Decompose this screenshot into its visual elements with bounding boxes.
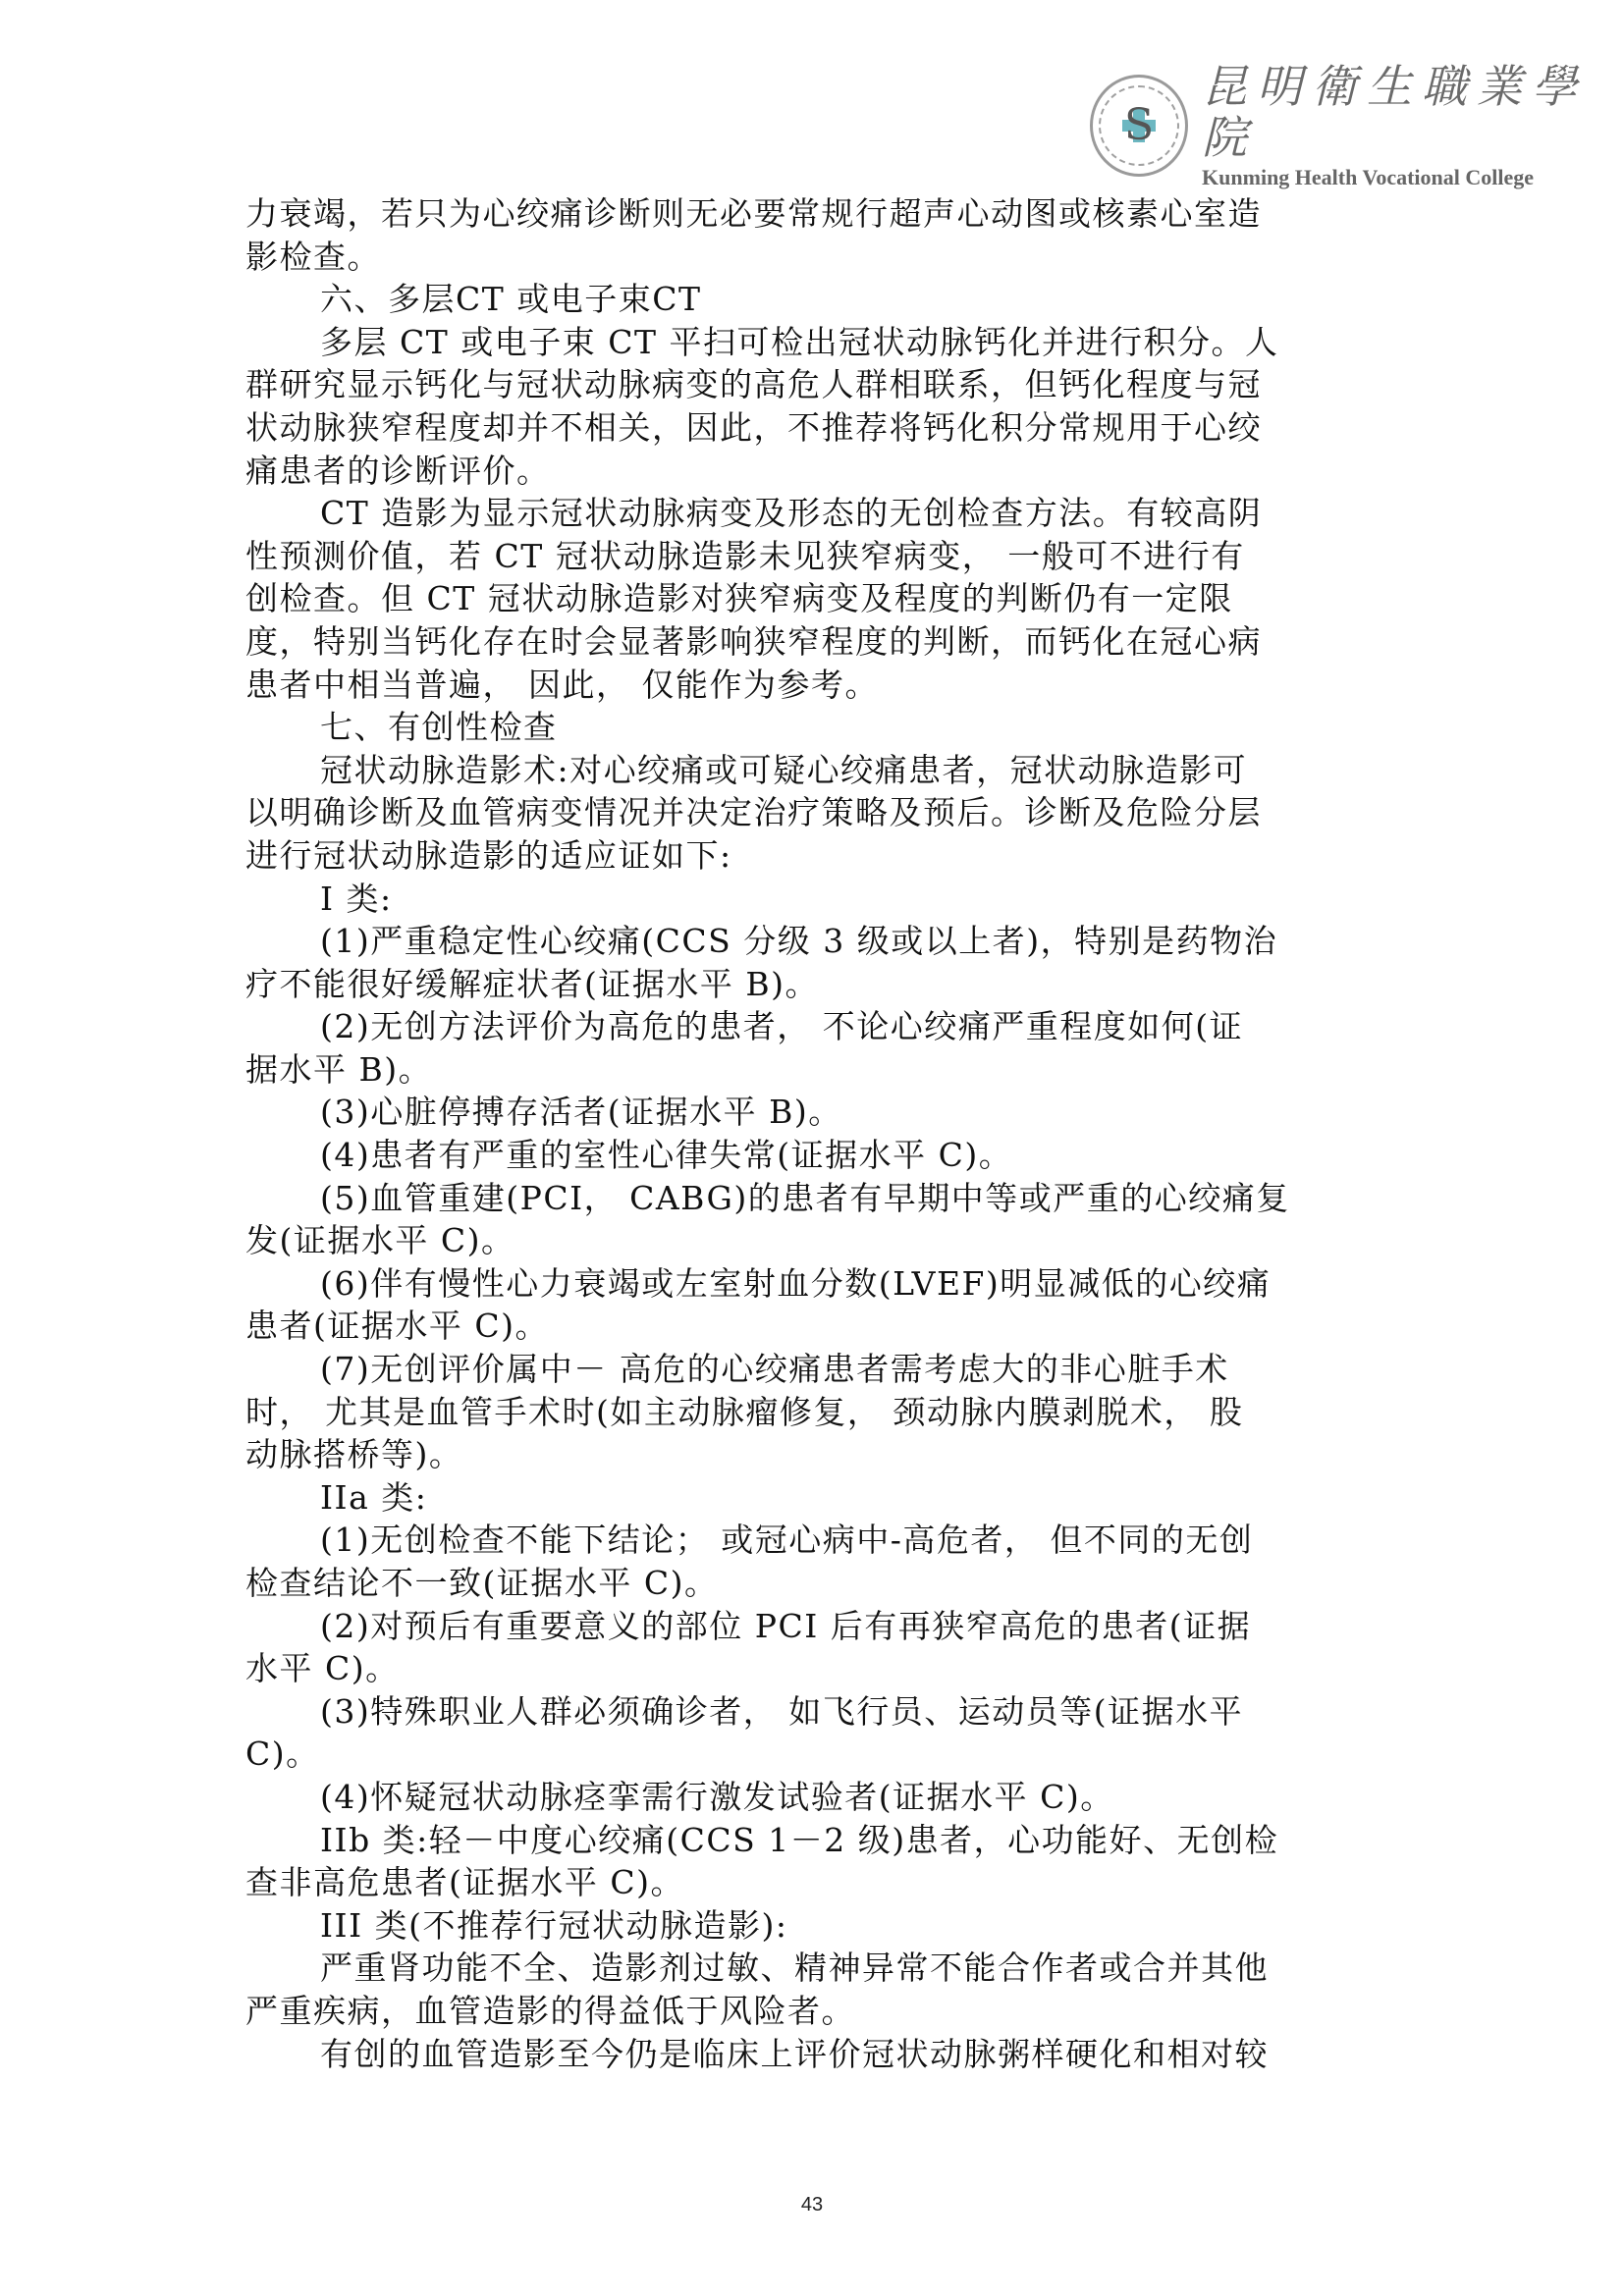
text-line: (3)特殊职业人群必须确诊者， 如飞行员、运动员等(证据水平 <box>245 1690 1365 1734</box>
text-line: 冠状动脉造影术:对心绞痛或可疑心绞痛患者，冠状动脉造影可 <box>245 749 1365 792</box>
text-line: IIa 类: <box>245 1476 1365 1520</box>
text-line: 性预测价值，若 CT 冠状动脉造影未见狭窄病变， 一般可不进行有 <box>245 535 1365 578</box>
text-line: (1)无创检查不能下结论； 或冠心病中-高危者， 但不同的无创 <box>245 1519 1365 1562</box>
text-line: 多层 CT 或电子束 CT 平扫可检出冠状动脉钙化并进行积分。人 <box>245 321 1365 364</box>
text-line: 六、多层CT 或电子束CT <box>245 278 1365 321</box>
text-line: 严重疾病，血管造影的得益低于风险者。 <box>245 1990 1365 2033</box>
text-line: 据水平 B)。 <box>245 1048 1365 1092</box>
text-line: 发(证据水平 C)。 <box>245 1219 1365 1262</box>
text-line: 患者中相当普遍， 因此， 仅能作为参考。 <box>245 664 1365 707</box>
college-seal-icon: S <box>1090 75 1188 177</box>
text-line: 查非高危患者(证据水平 C)。 <box>245 1861 1365 1904</box>
text-line: 影检查。 <box>245 236 1365 279</box>
text-line: 时， 尤其是血管手术时(如主动脉瘤修复， 颈动脉内膜剥脱术， 股 <box>245 1391 1365 1434</box>
text-line: (3)心脏停搏存活者(证据水平 B)。 <box>245 1091 1365 1134</box>
text-line: 七、有创性检查 <box>245 706 1365 749</box>
text-line: 患者(证据水平 C)。 <box>245 1305 1365 1348</box>
text-line: (4)怀疑冠状动脉痉挛需行激发试验者(证据水平 C)。 <box>245 1776 1365 1819</box>
text-line: 严重肾功能不全、造影剂过敏、精神异常不能合作者或合并其他 <box>245 1947 1365 1990</box>
college-name-cn: 昆明衛生職業學院 <box>1202 61 1624 163</box>
document-body: 力衰竭，若只为心绞痛诊断则无必要常规行超声心动图或核素心室造影检查。六、多层CT… <box>245 192 1365 2075</box>
text-line: 水平 C)。 <box>245 1647 1365 1690</box>
text-line: 痛患者的诊断评价。 <box>245 450 1365 493</box>
text-line: I 类: <box>245 878 1365 921</box>
text-line: 以明确诊断及血管病变情况并决定治疗策略及预后。诊断及危险分层 <box>245 791 1365 834</box>
text-line: C)。 <box>245 1733 1365 1776</box>
text-line: 疗不能很好缓解症状者(证据水平 B)。 <box>245 963 1365 1006</box>
text-line: (2)对预后有重要意义的部位 PCI 后有再狭窄高危的患者(证据 <box>245 1605 1365 1648</box>
text-line: III 类(不推荐行冠状动脉造影): <box>245 1904 1365 1948</box>
text-line: 检查结论不一致(证据水平 C)。 <box>245 1562 1365 1605</box>
text-line: (6)伴有慢性心力衰竭或左室射血分数(LVEF)明显减低的心绞痛 <box>245 1262 1365 1306</box>
text-line: 度，特别当钙化存在时会显著影响狭窄程度的判断，而钙化在冠心病 <box>245 620 1365 664</box>
text-line: 动脉搭桥等)。 <box>245 1433 1365 1476</box>
text-line: (7)无创评价属中－ 高危的心绞痛患者需考虑大的非心脏手术 <box>245 1348 1365 1391</box>
text-line: (5)血管重建(PCI， CABG)的患者有早期中等或严重的心绞痛复 <box>245 1177 1365 1220</box>
college-name-en: Kunming Health Vocational College <box>1202 165 1624 190</box>
text-line: 创检查。但 CT 冠状动脉造影对狭窄病变及程度的判断仍有一定限 <box>245 577 1365 620</box>
text-line: (2)无创方法评价为高危的患者， 不论心绞痛严重程度如何(证 <box>245 1005 1365 1048</box>
dragon-icon: S <box>1124 104 1154 147</box>
text-line: 群研究显示钙化与冠状动脉病变的高危人群相联系，但钙化程度与冠 <box>245 363 1365 406</box>
text-line: IIb 类:轻－中度心绞痛(CCS 1－2 级)患者，心功能好、无创检 <box>245 1819 1365 1862</box>
text-line: 有创的血管造影至今仍是临床上评价冠状动脉粥样硬化和相对较 <box>245 2033 1365 2076</box>
college-logo: S 昆明衛生職業學院 Kunming Health Vocational Col… <box>1090 61 1624 190</box>
text-line: 进行冠状动脉造影的适应证如下: <box>245 834 1365 878</box>
text-line: CT 造影为显示冠状动脉病变及形态的无创检查方法。有较高阴 <box>245 492 1365 535</box>
page-number: 43 <box>0 2194 1624 2216</box>
text-line: 力衰竭，若只为心绞痛诊断则无必要常规行超声心动图或核素心室造 <box>245 192 1365 236</box>
text-line: (4)患者有严重的室性心律失常(证据水平 C)。 <box>245 1134 1365 1177</box>
text-line: 状动脉狭窄程度却并不相关，因此，不推荐将钙化积分常规用于心绞 <box>245 406 1365 450</box>
text-line: (1)严重稳定性心绞痛(CCS 分级 3 级或以上者)，特别是药物治 <box>245 920 1365 963</box>
